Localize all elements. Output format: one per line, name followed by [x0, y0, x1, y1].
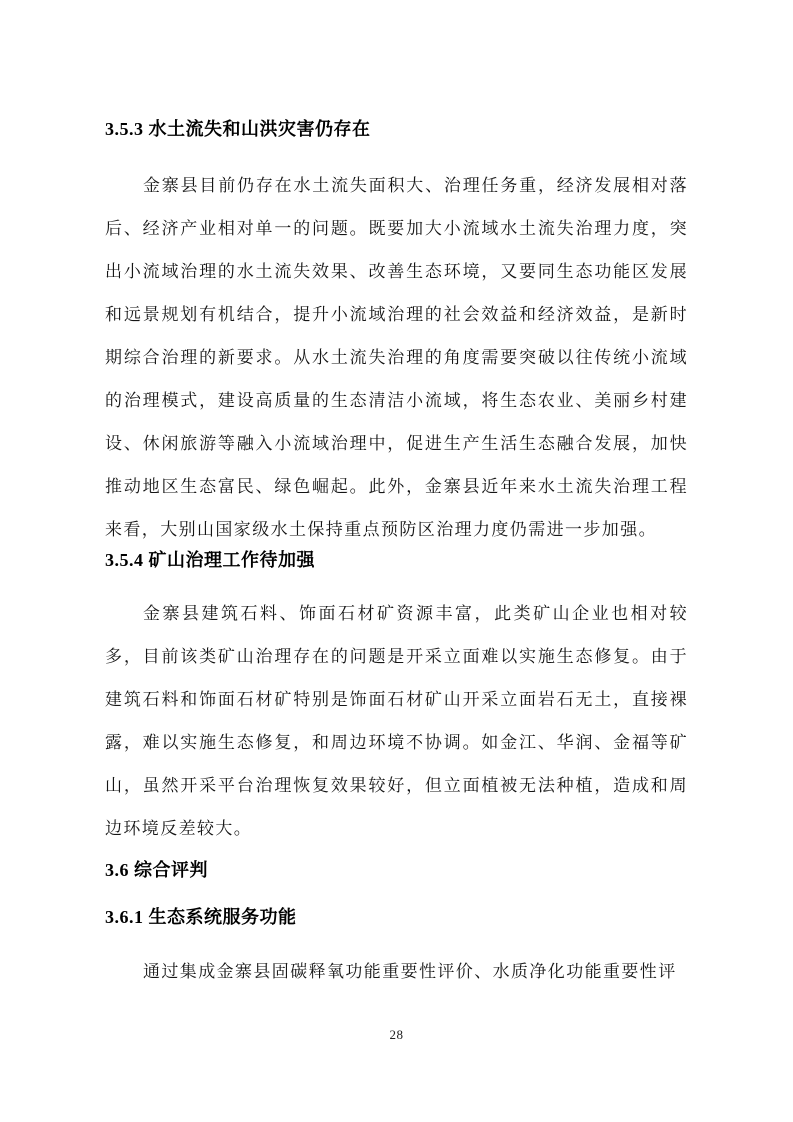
section-paragraph-3-6-1: 通过集成金寨县固碳释氧功能重要性评价、水质净化功能重要性评: [105, 950, 688, 993]
page-content: 3.5.3 水土流失和山洪灾害仍存在 金寨县目前仍存在水土流失面积大、治理任务重…: [0, 0, 793, 993]
document-page: 3.5.3 水土流失和山洪灾害仍存在 金寨县目前仍存在水土流失面积大、治理任务重…: [0, 0, 793, 1122]
page-footer: 28: [0, 1026, 793, 1044]
section-heading-3-6-1: 3.6.1 生态系统服务功能: [105, 904, 688, 930]
section-heading-3-5-3: 3.5.3 水土流失和山洪灾害仍存在: [105, 116, 688, 142]
section-heading-3-6: 3.6 综合评判: [105, 857, 688, 883]
page-number: 28: [390, 1027, 404, 1042]
section-paragraph-3-5-3: 金寨县目前仍存在水土流失面积大、治理任务重，经济发展相对落后、经济产业相对单一的…: [105, 164, 688, 551]
section-paragraph-3-5-4: 金寨县建筑石料、饰面石材矿资源丰富，此类矿山企业也相对较多，目前该类矿山治理存在…: [105, 592, 688, 850]
